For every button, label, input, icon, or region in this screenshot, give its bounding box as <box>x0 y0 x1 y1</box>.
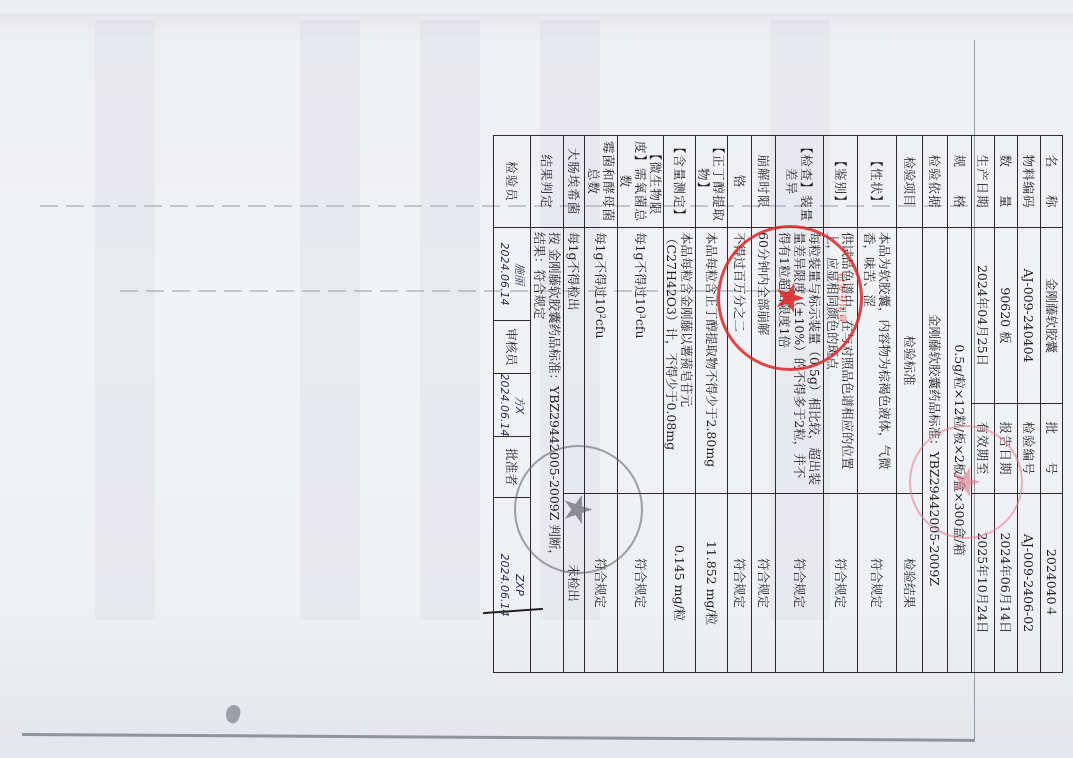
inspector-label: 检验员 <box>494 136 531 228</box>
item-name: 【正丁醇提取物】 <box>696 136 728 228</box>
item-standard: 每1g不得过10³cfu <box>618 228 664 494</box>
table-row: 结果判定 按 金刚藤软胶囊药品标准：YBZ29442005-2009Z 判断， … <box>531 136 564 673</box>
conclusion-line1: 按 金刚藤软胶囊药品标准：YBZ29442005-2009Z 判断， <box>547 232 562 668</box>
item-standard: 不得过百万分之二 <box>728 228 752 494</box>
report-header: 浙江爱生药业有限公司 成品检验报告书 <box>1066 135 1073 672</box>
item-standard: 每1g不得检出 <box>564 228 585 494</box>
item-name: 【性状】 <box>858 136 897 228</box>
table-row: 崩解时限 60分钟内全部崩解 符合规定 <box>752 136 776 673</box>
table-row: 【微生物限度】需氧菌总数 每1g不得过10³cfu 符合规定 <box>618 136 664 673</box>
spec-label: 规 格 <box>948 136 972 228</box>
inspection-no-label: 检验编号 <box>1018 404 1041 494</box>
table-row: 【检查】装量差异 每粒装量与标示装量（0.5g）相比较，超出装量差异限度（±10… <box>776 136 824 673</box>
production-date-value: 2024年04月25日 <box>972 228 995 404</box>
item-result: 11.852 mg/粒 <box>696 494 728 673</box>
col-header-standard: 检验标准 <box>897 228 923 494</box>
production-date-label: 生产日期 <box>972 136 995 228</box>
name-label: 名 称 <box>1041 136 1063 228</box>
item-result: 符合规定 <box>728 494 752 673</box>
item-standard: 60分钟内全部崩解 <box>752 228 776 494</box>
item-name: 【微生物限度】需氧菌总数 <box>618 136 664 228</box>
table-row: 数 量 90620 板 报告日期 2024年06月14日 <box>995 136 1018 673</box>
table-row: 【正丁醇提取物】 本品每粒含正丁醇提取物不得少于2.80mg 11.852 mg… <box>696 136 728 673</box>
item-result: 符合规定 <box>776 494 824 673</box>
item-result: 符合规定 <box>824 494 858 673</box>
inspection-table: 名 称 金刚藤软胶囊 批 号 2024040４ 物料编码 AJ-009-2404… <box>493 135 1063 673</box>
table-row: 【鉴别】 供试品色谱中，在与对照品色谱相应的位置上，应显相同颜色的斑点 符合规定 <box>824 136 858 673</box>
inspection-report-form: 浙江爱生药业有限公司 成品检验报告书 名 称 金刚藤软胶囊 批 号 202404… <box>343 135 1063 672</box>
table-row: 名 称 金刚藤软胶囊 批 号 2024040４ <box>1041 136 1063 673</box>
col-header-item: 检验项目 <box>897 136 923 228</box>
inspector-signature: 施丽 2024.06.14 <box>494 228 530 321</box>
item-name: 大肠埃希菌 <box>564 136 585 228</box>
conclusion-line2: 结果：符合规定 <box>532 232 547 668</box>
item-result: 未检出 <box>564 494 585 673</box>
item-name: 霉菌和酵母菌总数 <box>585 136 618 228</box>
table-row: 规 格 0.5g/粒×12粒/板×2板/盒×300盒/箱 <box>948 136 972 673</box>
signature-cells: 施丽 2024.06.14 审核员 方X 2024.06.14 批准者 ZXP … <box>494 228 531 673</box>
expiry-value: 2025年10月24日 <box>972 494 995 673</box>
col-header-result: 检验结果 <box>897 494 923 673</box>
item-standard: 本品为软胶囊，内容物为棕褐色液体，气微香，味苦、涩 <box>858 228 897 494</box>
scan-shading <box>95 20 155 620</box>
basis-label: 检验依据 <box>923 136 948 228</box>
item-name: 【鉴别】 <box>824 136 858 228</box>
batch-value: 2024040４ <box>1041 494 1063 673</box>
item-name: 【含量测定】 <box>664 136 696 228</box>
report-date-label: 报告日期 <box>995 404 1018 494</box>
item-name: 崩解时限 <box>752 136 776 228</box>
table-row: 检验依据 金刚藤软胶囊药品标准：YBZ29442005-2009Z <box>923 136 948 673</box>
signature-row: 检验员 施丽 2024.06.14 审核员 方X 2024.06.14 批准者 … <box>494 136 531 673</box>
reviewer-signature: 方X 2024.06.14 <box>494 374 530 437</box>
material-code-label: 物料编码 <box>1018 136 1041 228</box>
reviewer-label: 审核员 <box>494 321 530 374</box>
batch-label: 批 号 <box>1041 404 1063 494</box>
table-row: 铬 不得过百万分之二 符合规定 <box>728 136 752 673</box>
item-result: 符合规定 <box>618 494 664 673</box>
table-row: 物料编码 AJ-009-240404 检验编号 AJ-009-2406-02 <box>1018 136 1041 673</box>
conclusion-text: 按 金刚藤软胶囊药品标准：YBZ29442005-2009Z 判断， 结果：符合… <box>531 228 564 673</box>
table-row: 霉菌和酵母菌总数 每1g不得过10²cfu 符合规定 <box>585 136 618 673</box>
material-code-value: AJ-009-240404 <box>1018 228 1041 404</box>
item-result: 符合规定 <box>858 494 897 673</box>
spec-value: 0.5g/粒×12粒/板×2板/盒×300盒/箱 <box>948 228 972 673</box>
item-standard: 每1g不得过10²cfu <box>585 228 618 494</box>
item-standard: 供试品色谱中，在与对照品色谱相应的位置上，应显相同颜色的斑点 <box>824 228 858 494</box>
conclusion-label: 结果判定 <box>531 136 564 228</box>
item-standard: 本品每粒含金刚藤以薯蓣皂苷元（C27H42O3）计，不得少于0.08mg <box>664 228 696 494</box>
table-row: 【性状】 本品为软胶囊，内容物为棕褐色液体，气微香，味苦、涩 符合规定 <box>858 136 897 673</box>
name-value: 金刚藤软胶囊 <box>1041 228 1063 404</box>
item-name: 铬 <box>728 136 752 228</box>
quantity-value: 90620 板 <box>995 228 1018 404</box>
quantity-label: 数 量 <box>995 136 1018 228</box>
item-result: 0.145 mg/粒 <box>664 494 696 673</box>
inspection-no-value: AJ-009-2406-02 <box>1018 494 1041 673</box>
table-header-row: 检验项目 检验标准 检验结果 <box>897 136 923 673</box>
item-name: 【检查】装量差异 <box>776 136 824 228</box>
table-row: 生产日期 2024年04月25日 有效期至 2025年10月24日 <box>972 136 995 673</box>
basis-value: 金刚藤软胶囊药品标准：YBZ29442005-2009Z <box>923 228 948 673</box>
item-result: 符合规定 <box>752 494 776 673</box>
approver-signature: ZXP 2024.06.14 <box>494 498 530 672</box>
table-row: 【含量测定】 本品每粒含金刚藤以薯蓣皂苷元（C27H42O3）计，不得少于0.0… <box>664 136 696 673</box>
report-date-value: 2024年06月14日 <box>995 494 1018 673</box>
item-standard: 每粒装量与标示装量（0.5g）相比较，超出装量差异限度（±10%）的不得多于2粒… <box>776 228 824 494</box>
approver-label: 批准者 <box>494 437 530 498</box>
expiry-label: 有效期至 <box>972 404 995 494</box>
item-result: 符合规定 <box>585 494 618 673</box>
table-row: 大肠埃希菌 每1g不得检出 未检出 <box>564 136 585 673</box>
item-standard: 本品每粒含正丁醇提取物不得少于2.80mg <box>696 228 728 494</box>
